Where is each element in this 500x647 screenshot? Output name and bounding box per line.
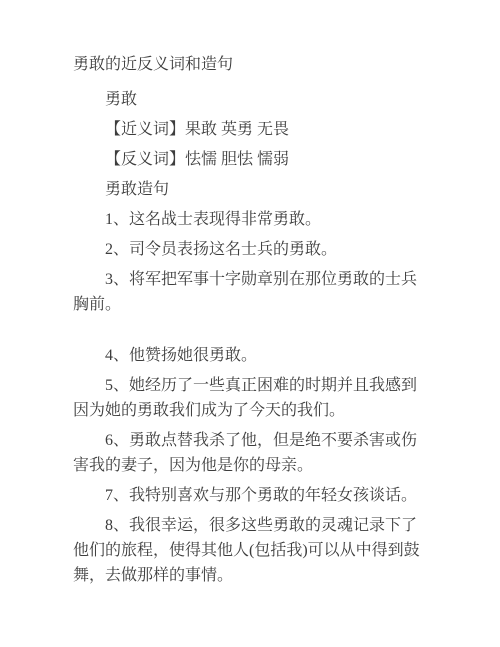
sentence-item: 8、我很幸运，很多这些勇敢的灵魂记录下了他们的旅程，使得其他人(包括我)可以从中…	[73, 513, 430, 588]
sentence-item: 3、将军把军事十字勋章别在那位勇敢的士兵胸前。	[73, 267, 430, 317]
word-heading: 勇敢	[73, 87, 430, 112]
section-heading: 勇敢造句	[73, 177, 430, 202]
sentence-item: 1、这名战士表现得非常勇敢。	[73, 207, 430, 232]
antonyms-line: 【反义词】怯懦 胆怯 懦弱	[73, 147, 430, 172]
sentence-item: 4、他赞扬她很勇敢。	[73, 343, 430, 368]
synonyms-line: 【近义词】果敢 英勇 无畏	[73, 117, 430, 142]
sentence-item: 5、她经历了一些真正困难的时期并且我感到因为她的勇敢我们成为了今天的我们。	[73, 373, 430, 423]
document-page: 勇敢的近反义词和造句 勇敢 【近义词】果敢 英勇 无畏 【反义词】怯懦 胆怯 懦…	[0, 0, 500, 647]
sentence-item: 7、我特别喜欢与那个勇敢的年轻女孩谈话。	[73, 483, 430, 508]
sentence-item: 6、勇敢点替我杀了他，但是绝不要杀害或伤害我的妻子，因为他是你的母亲。	[73, 428, 430, 478]
sentence-item: 2、司令员表扬这名士兵的勇敢。	[73, 237, 430, 262]
document-title: 勇敢的近反义词和造句	[73, 52, 430, 77]
